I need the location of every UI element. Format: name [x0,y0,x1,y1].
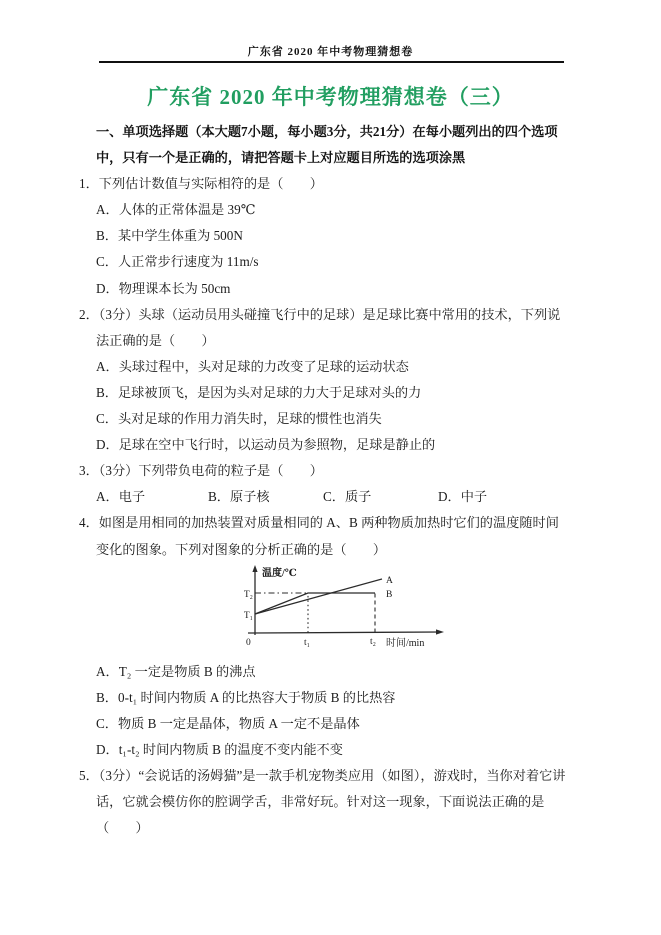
question-4-figure: 温度/℃ 时间/min 0 T₁ T₂ t₁ t₂ A B [96,564,568,658]
question-3-option-d: D．中子 [438,484,487,510]
question-2-option-b: B．足球被顶飞，是因为头对足球的力大于足球对头的力 [96,380,568,406]
series-a-label: A [386,576,393,586]
x-axis-label: 时间/min [386,636,424,649]
question-3-stem: 3．（3分）下列带负电荷的粒子是（ ） [96,458,568,484]
question-4-option-c: C．物质 B 一定是晶体，物质 A 一定不是晶体 [96,711,568,737]
question-4-option-a: A．T₂ 一定是物质 B 的沸点 [96,659,568,685]
series-a-line [255,579,382,614]
question-3-option-a: A．电子 [96,484,208,510]
page-title: 广东省 2020 年中考物理猜想卷（三） [0,81,661,111]
question-1-option-c: C．人正常步行速度为 11m/s [96,249,568,275]
question-4-stem: 4．如图是用相同的加热装置对质量相同的 A、B 两种物质加热时它们的温度随时间变… [96,510,568,562]
x-axis [248,632,441,633]
question-3-option-c: C．质子 [323,484,438,510]
question-1-option-b: B．某中学生体重为 500N [96,223,568,249]
series-b-line [255,593,375,614]
section-intro: 一、单项选择题（本大题7小题，每小题3分，共21分）在每小题列出的四个选项中，只… [96,119,568,171]
question-2-option-a: A．头球过程中，头对足球的力改变了足球的运动状态 [96,354,568,380]
origin-label: 0 [246,638,251,648]
question-2-option-d: D．足球在空中飞行时，以运动员为参照物，足球是静止的 [96,432,568,458]
document-page: 广东省 2020 年中考物理猜想卷 广东省 2020 年中考物理猜想卷（三） 一… [0,0,661,935]
question-4-option-d: D．t₁-t₂ 时间内物质 B 的温度不变内能不变 [96,737,568,763]
question-1-option-a: A．人体的正常体温是 39℃ [96,197,568,223]
question-1-option-d: D．物理课本长为 50cm [96,276,568,302]
question-1: 1．下列估计数值与实际相符的是（ ） A．人体的正常体温是 39℃ B．某中学生… [96,171,568,301]
question-5: 5．（3分）“会说话的汤姆猫”是一款手机宠物类应用（如图），游戏时，当你对着它讲… [96,763,568,841]
exam-body: 一、单项选择题（本大题7小题，每小题3分，共21分）在每小题列出的四个选项中，只… [96,119,568,841]
y-tick-t2: T₂ [244,590,253,600]
question-3-options-row: A．电子 B．原子核 C．质子 D．中子 [96,484,568,510]
running-header: 广东省 2020 年中考物理猜想卷 [0,43,661,59]
y-axis-arrow-icon [252,565,257,572]
temperature-time-graph: 温度/℃ 时间/min 0 T₁ T₂ t₁ t₂ A B [243,564,455,656]
x-tick-t1: t₁ [304,638,310,648]
x-axis-arrow-icon [436,629,444,634]
question-5-stem: 5．（3分）“会说话的汤姆猫”是一款手机宠物类应用（如图），游戏时，当你对着它讲… [96,763,568,841]
series-b-label: B [386,590,392,600]
question-2-stem: 2．（3分）头球（运动员用头碰撞飞行中的足球）是足球比赛中常用的技术，下列说法正… [96,302,568,354]
y-axis-label: 温度/℃ [262,566,297,579]
question-1-stem: 1．下列估计数值与实际相符的是（ ） [96,171,568,197]
question-4-option-b: B．0-t₁ 时间内物质 A 的比热容大于物质 B 的比热容 [96,685,568,711]
question-2: 2．（3分）头球（运动员用头碰撞飞行中的足球）是足球比赛中常用的技术，下列说法正… [96,302,568,459]
y-tick-t1: T₁ [244,611,253,621]
question-2-option-c: C．头对足球的作用力消失时，足球的惯性也消失 [96,406,568,432]
header-rule [99,61,564,63]
question-3-option-b: B．原子核 [208,484,323,510]
x-tick-t2: t₂ [370,637,376,647]
question-3: 3．（3分）下列带负电荷的粒子是（ ） A．电子 B．原子核 C．质子 D．中子 [96,458,568,510]
question-4: 4．如图是用相同的加热装置对质量相同的 A、B 两种物质加热时它们的温度随时间变… [96,510,568,763]
